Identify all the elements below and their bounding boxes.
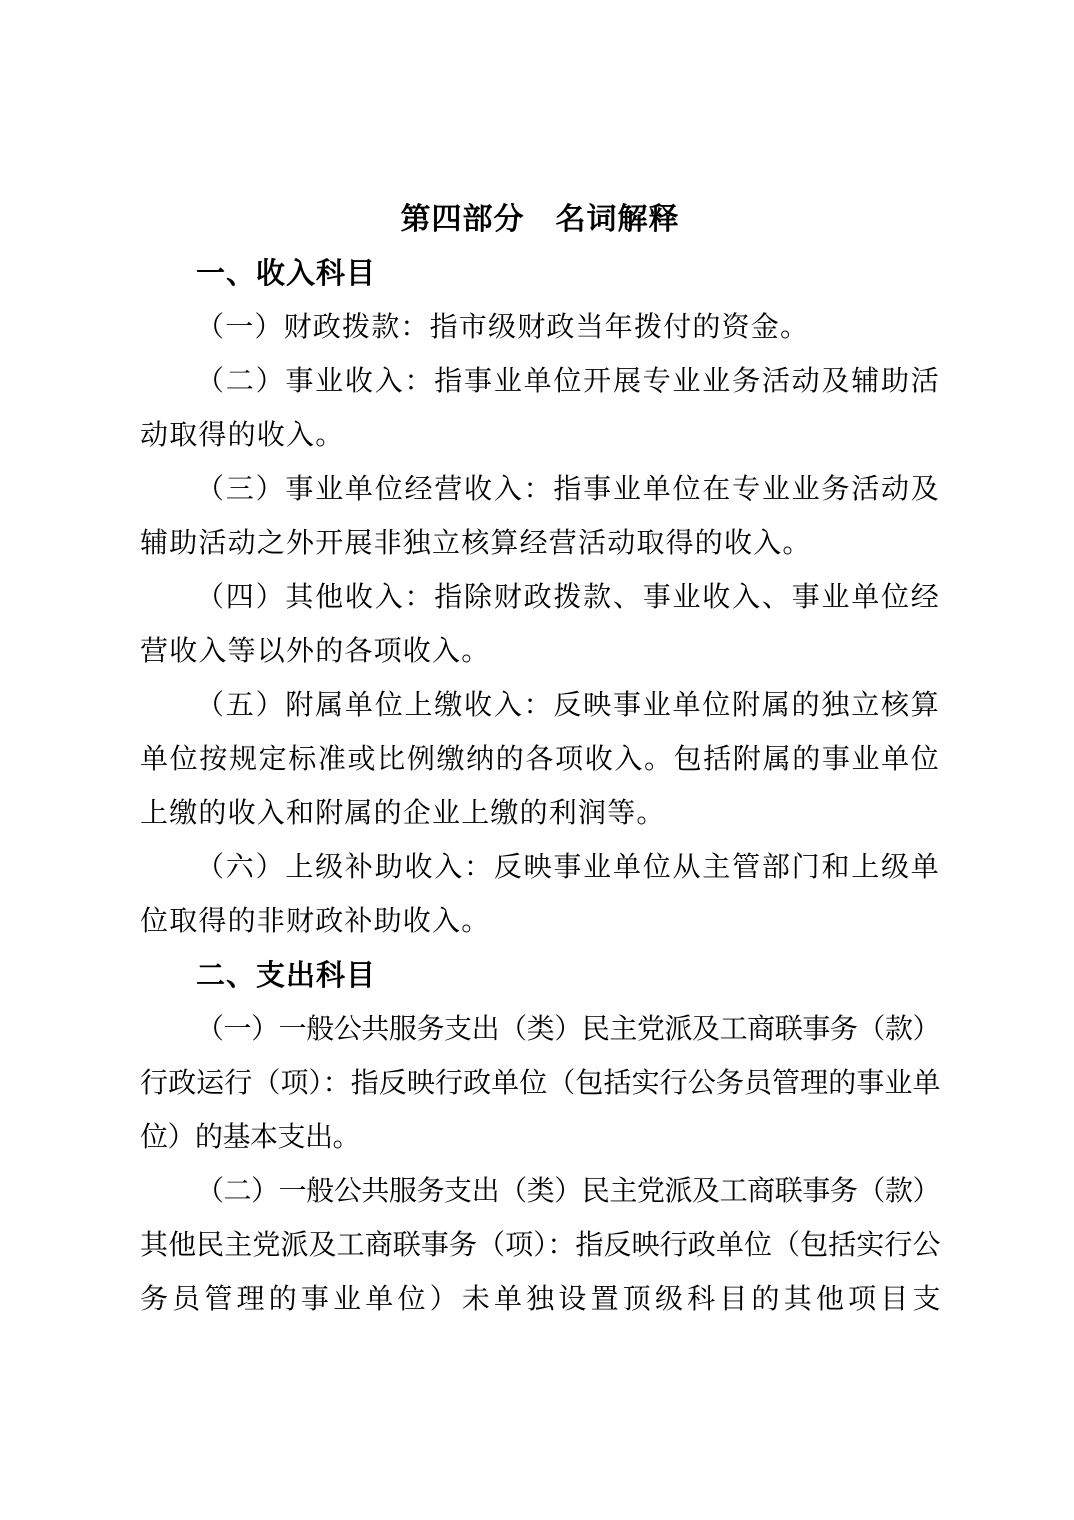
section-heading-income: 一、收入科目	[140, 247, 940, 301]
paragraph-income-1: （一）财政拨款：指市级财政当年拨付的资金。	[140, 301, 940, 355]
document-page: 第四部分 名词解释 一、收入科目 （一）财政拨款：指市级财政当年拨付的资金。 （…	[0, 0, 1074, 1520]
paragraph-expenditure-2: （二）一般公共服务支出（类）民主党派及工商联事务（款）其他民主党派及工商联事务（…	[140, 1165, 940, 1327]
section-expenditure-subjects: 二、支出科目 （一）一般公共服务支出（类）民主党派及工商联事务（款）行政运行（项…	[140, 949, 940, 1327]
paragraph-income-2: （二）事业收入：指事业单位开展专业业务活动及辅助活动取得的收入。	[140, 355, 940, 463]
paragraph-income-3: （三）事业单位经营收入：指事业单位在专业业务活动及辅助活动之外开展非独立核算经营…	[140, 463, 940, 571]
document-title: 第四部分 名词解释	[140, 193, 940, 247]
section-income-subjects: 一、收入科目 （一）财政拨款：指市级财政当年拨付的资金。 （二）事业收入：指事业…	[140, 247, 940, 949]
paragraph-income-6: （六）上级补助收入：反映事业单位从主管部门和上级单位取得的非财政补助收入。	[140, 841, 940, 949]
paragraph-expenditure-1: （一）一般公共服务支出（类）民主党派及工商联事务（款）行政运行（项）：指反映行政…	[140, 1003, 940, 1165]
paragraph-income-4: （四）其他收入：指除财政拨款、事业收入、事业单位经营收入等以外的各项收入。	[140, 571, 940, 679]
section-heading-expenditure: 二、支出科目	[140, 949, 940, 1003]
paragraph-income-5: （五）附属单位上缴收入：反映事业单位附属的独立核算单位按规定标准或比例缴纳的各项…	[140, 679, 940, 841]
